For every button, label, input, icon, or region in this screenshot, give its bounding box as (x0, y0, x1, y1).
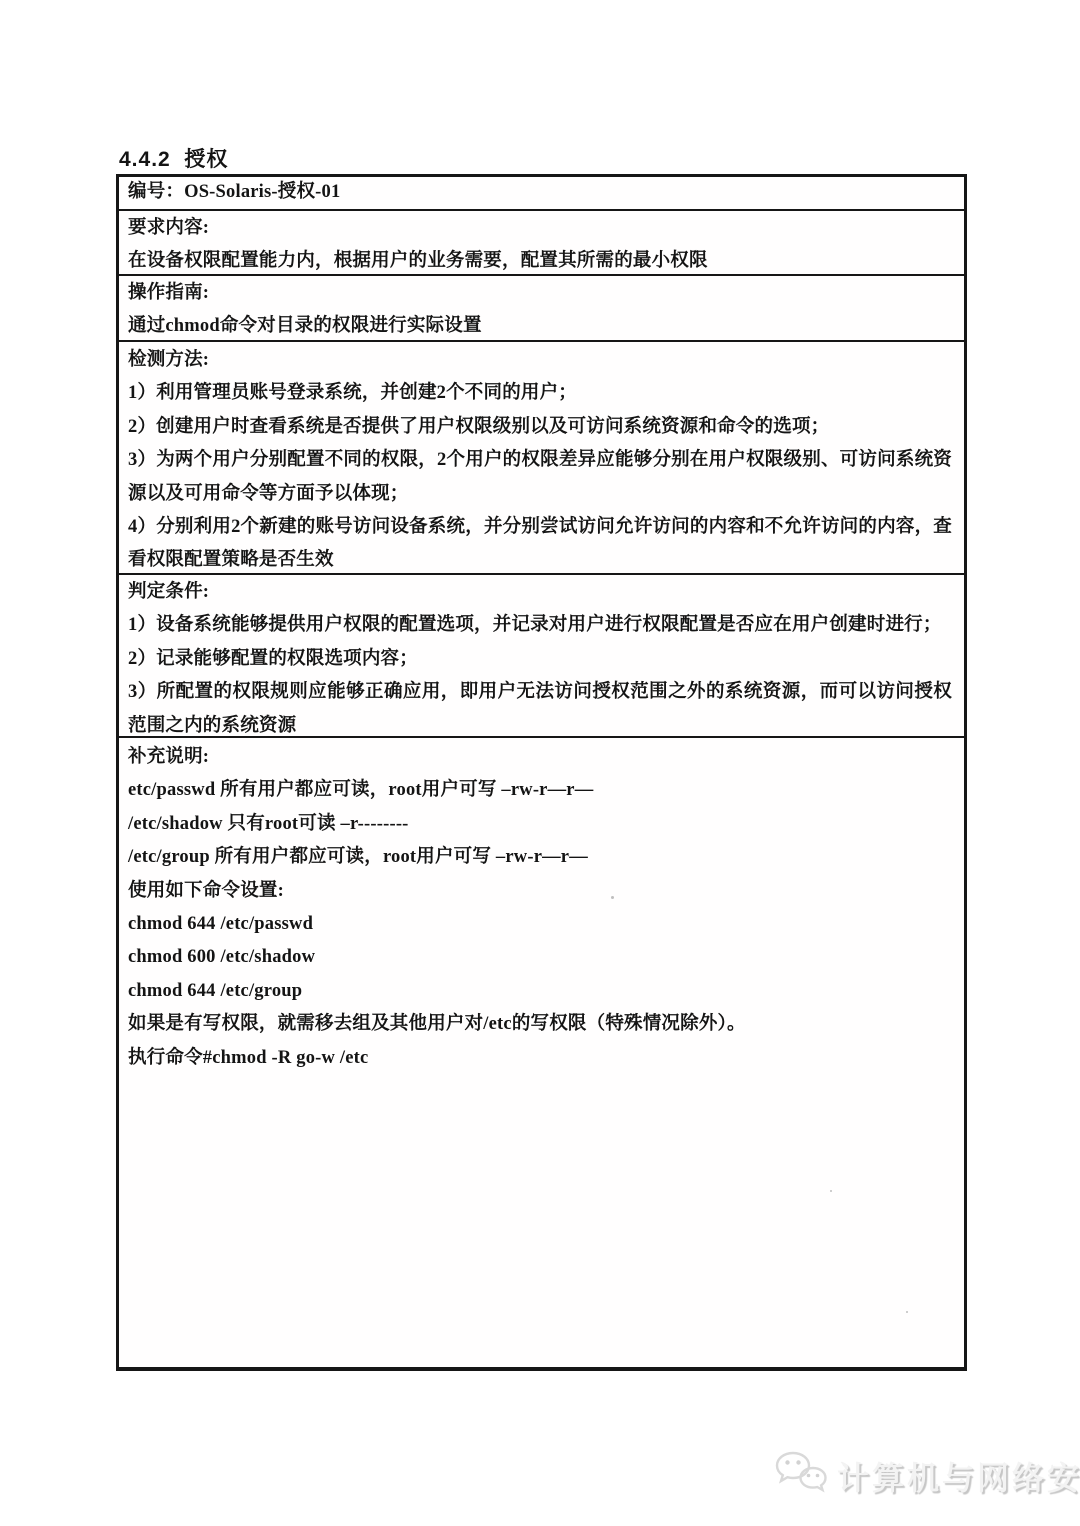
scan-speck (830, 1190, 832, 1192)
method-item-3: 3）为两个用户分别配置不同的权限，2个用户的权限差异应能够分别在用户权限级别、可… (128, 444, 952, 511)
supplement-label: 补充说明: (128, 741, 952, 774)
supplement-line-4: 使用如下命令设置: (128, 875, 952, 908)
supplement-line-2: /etc/shadow 只有root可读 –r-------- (128, 808, 952, 841)
guide-label: 操作指南: (128, 277, 952, 310)
table-row-id: 编号：OS-Solaris-授权-01 (119, 177, 964, 211)
wechat-icon (773, 1449, 829, 1502)
spec-table: 编号：OS-Solaris-授权-01 要求内容: 在设备权限配置能力内，根据用… (116, 174, 967, 1371)
table-row-operation-guide: 操作指南: 通过chmod命令对目录的权限进行实际设置 (119, 276, 964, 342)
row-id-text: 编号：OS-Solaris-授权-01 (128, 177, 340, 210)
supplement-line-3: /etc/group 所有用户都应可读，root用户可写 –rw-r—r— (128, 841, 952, 874)
judge-item-2: 2）记录能够配置的权限选项内容； (128, 643, 952, 676)
supplement-line-5: chmod 644 /etc/passwd (128, 908, 952, 941)
table-row-judgment-criteria: 判定条件: 1）设备系统能够提供用户权限的配置选项，并记录对用户进行权限配置是否… (119, 575, 964, 738)
requirement-body: 在设备权限配置能力内，根据用户的业务需要，配置其所需的最小权限 (128, 245, 952, 276)
requirement-label: 要求内容: (128, 212, 952, 245)
guide-body: 通过chmod命令对目录的权限进行实际设置 (128, 310, 952, 342)
supplement-line-1: etc/passwd 所有用户都应可读，root用户可写 –rw-r—r— (128, 774, 952, 807)
supplement-line-8: 如果是有写权限，就需移去组及其他用户对/etc的写权限（特殊情况除外）。 (128, 1008, 952, 1041)
method-label: 检测方法: (128, 344, 952, 377)
method-item-1: 1）利用管理员账号登录系统，并创建2个不同的用户； (128, 377, 952, 410)
supplement-line-9: 执行命令#chmod -R go-w /etc (128, 1042, 952, 1075)
judge-item-1: 1）设备系统能够提供用户权限的配置选项，并记录对用户进行权限配置是否应在用户创建… (128, 609, 952, 642)
judge-label: 判定条件: (128, 576, 952, 609)
table-row-requirement: 要求内容: 在设备权限配置能力内，根据用户的业务需要，配置其所需的最小权限 (119, 211, 964, 276)
scan-speck (611, 896, 614, 899)
method-item-4: 4）分别利用2个新建的账号访问设备系统，并分别尝试访问允许访问的内容和不允许访问… (128, 511, 952, 575)
judge-item-3: 3）所配置的权限规则应能够正确应用，即用户无法访问授权范围之外的系统资源，而可以… (128, 676, 952, 738)
scan-speck (906, 1311, 908, 1313)
supplement-line-7: chmod 644 /etc/group (128, 975, 952, 1008)
table-row-test-method: 检测方法: 1）利用管理员账号登录系统，并创建2个不同的用户； 2）创建用户时查… (119, 342, 964, 575)
method-item-2: 2）创建用户时查看系统是否提供了用户权限级别以及可访问系统资源和命令的选项； (128, 411, 952, 444)
watermark: 计算机与网络安全 (773, 1449, 1080, 1502)
table-row-supplement: 补充说明: etc/passwd 所有用户都应可读，root用户可写 –rw-r… (119, 738, 964, 1367)
section-heading: 4.4.2 授权 (119, 143, 228, 173)
supplement-line-6: chmod 600 /etc/shadow (128, 941, 952, 974)
watermark-text: 计算机与网络安全 (837, 1453, 1080, 1499)
